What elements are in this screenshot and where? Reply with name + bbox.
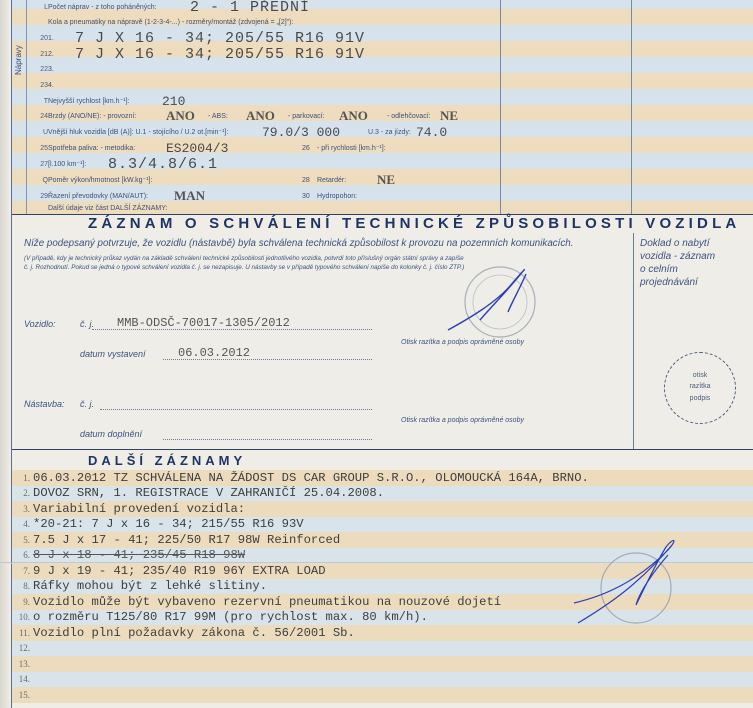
records-section-title: DALŠÍ ZÁZNAMY	[88, 453, 246, 468]
official-stamp-signature	[440, 268, 550, 348]
approval-statement: Níže podepsaný potvrzuje, že vozidlu (ná…	[24, 238, 573, 249]
relief-brake-value: NE	[440, 108, 458, 124]
noise-row: U Vnější hluk vozidla [dB (A)]: U.1 - st…	[12, 124, 612, 140]
record-text: DOVOZ SRN, 1. REGISTRACE V ZAHRANIČÍ 25.…	[33, 486, 384, 500]
column-divider	[631, 0, 632, 214]
consumption-row: 27 [l.100 km⁻¹]: 8.3/4.8/6.1	[12, 156, 612, 172]
vehicle-ref-value: MMB-ODSČ-70017-1305/2012	[117, 316, 290, 330]
technical-data-section: Nápravy L Počet náprav - z toho poháněný…	[12, 0, 753, 214]
record-number: 11.	[12, 628, 30, 638]
more-info-row: Další údaje viz část DALŠÍ ZÁZNAMY:	[12, 202, 612, 214]
approval-note-line-2: č. j. Rozhodnutí. Pokud se jedná o typov…	[24, 264, 464, 271]
stationary-noise-value: 79.0/3 000	[262, 125, 340, 140]
record-number: 14.	[12, 674, 30, 684]
body-ref-label: č. j.	[80, 399, 94, 409]
customs-title-4: projednávání	[640, 277, 698, 288]
record-row: 14.	[12, 672, 753, 688]
customs-title-2: vozidla - záznam	[640, 251, 715, 262]
record-number: 4.	[12, 519, 30, 529]
record-row: 15.	[12, 687, 753, 703]
abs-value: ANO	[246, 108, 275, 124]
service-brake-value: ANO	[166, 108, 195, 124]
approval-divider	[633, 233, 634, 449]
issued-date-value: 06.03.2012	[178, 346, 250, 360]
vehicle-label: Vozidlo:	[24, 319, 56, 329]
max-speed-value: 210	[162, 94, 185, 109]
record-text: Vozidlo plní požadavky zákona č. 56/2001…	[33, 626, 355, 640]
body-label: Nástavba:	[24, 399, 65, 409]
power-weight-row: Q Poměr výkon/hmotnost [kW.kg⁻¹]: 28 Ret…	[12, 172, 612, 188]
record-row: 3.Variabilní provedení vozidla:	[12, 501, 753, 517]
completed-date-label: datum doplnění	[80, 429, 142, 439]
record-row: 13.	[12, 656, 753, 672]
wheels-header-row: Kola a pneumatiky na nápravě (1-2-3-4-..…	[12, 14, 612, 30]
record-number: 7.	[12, 566, 30, 576]
fuel-method-row: 25 Spotřeba paliva: - metodika: ES2004/3…	[12, 140, 612, 156]
official-stamp-signature-records	[568, 535, 708, 645]
fuel-method-value: ES2004/3	[166, 141, 228, 156]
record-number: 13.	[12, 659, 30, 669]
record-row: 2.DOVOZ SRN, 1. REGISTRACE V ZAHRANIČÍ 2…	[12, 486, 753, 502]
issued-date-label: datum vystavení	[80, 349, 146, 359]
record-text: o rozměru T125/80 R17 99M (pro rychlost …	[33, 610, 428, 624]
record-number: 10.	[12, 612, 30, 622]
record-text: 7.5 J x 17 - 41; 225/50 R17 98W Reinforc…	[33, 533, 340, 547]
record-text: 9 J x 19 - 41; 235/40 R19 96Y EXTRA LOAD	[33, 564, 326, 578]
retarder-value: NE	[377, 172, 395, 188]
record-number: 1.	[12, 473, 30, 483]
record-row: 4.*20-21: 7 J x 16 - 34; 215/55 R16 93V	[12, 517, 753, 533]
body-stamp-caption: Otisk razítka a podpis oprávněné osoby	[401, 417, 524, 424]
record-text: 06.03.2012 TZ SCHVÁLENA NA ŽÁDOST DS CAR…	[33, 471, 589, 485]
axle-1-row: 20 1. 7 J X 16 - 34; 205/55 R16 91V	[12, 30, 612, 46]
record-text: *20-21: 7 J x 16 - 34; 215/55 R16 93V	[33, 517, 304, 531]
parking-brake-value: ANO	[339, 108, 368, 124]
customs-title-1: Doklad o nabytí	[640, 238, 710, 249]
consumption-value: 8.3/4.8/6.1	[108, 156, 218, 173]
record-number: 15.	[12, 690, 30, 700]
driving-noise-value: 74.0	[416, 125, 447, 140]
record-number: 2.	[12, 488, 30, 498]
axle-4-row: 23 4.	[12, 77, 612, 93]
record-text: 8 J x 18 - 41; 235/45 R18 98W	[33, 548, 245, 562]
record-row: 1.06.03.2012 TZ SCHVÁLENA NA ŽÁDOST DS C…	[12, 470, 753, 486]
customs-title-3: o celním	[640, 264, 678, 275]
vehicle-registration-document: Nápravy L Počet náprav - z toho poháněný…	[0, 0, 753, 708]
record-number: 5.	[12, 535, 30, 545]
brakes-row: 24 Brzdy (ANO/NE): - provozní: ANO - ABS…	[12, 108, 612, 124]
page-edge	[0, 0, 10, 708]
axle-2-row: 21 2. 7 J X 16 - 34; 205/55 R16 91V	[12, 46, 612, 62]
record-number: 12.	[12, 643, 30, 653]
record-text: Variabilní provedení vozidla:	[33, 502, 245, 516]
approval-note-line-1: (V případě, kdy je technický průkaz vydá…	[24, 255, 464, 262]
axle-3-row: 22 3.	[12, 61, 612, 77]
axle-1-tyres: 7 J X 16 - 34; 205/55 R16 91V	[75, 30, 365, 47]
record-text: Vozidlo může být vybaveno rezervní pneum…	[33, 595, 501, 609]
max-speed-row: T Nejvyšší rychlost [km.h⁻¹]: 210	[12, 93, 612, 109]
record-number: 9.	[12, 597, 30, 607]
approval-section-title: ZÁZNAM O SCHVÁLENÍ TECHNICKÉ ZPŮSOBILOST…	[88, 215, 740, 232]
record-text: Ráfky mohou být z lehké slitiny.	[33, 579, 267, 593]
vehicle-ref-label: č. j.	[80, 319, 94, 329]
axle-2-tyres: 7 J X 16 - 34; 205/55 R16 91V	[75, 46, 365, 63]
section-divider	[12, 449, 753, 450]
record-number: 6.	[12, 550, 30, 560]
axles-count-row: L Počet náprav - z toho poháněných: 2 - …	[12, 0, 612, 15]
record-number: 8.	[12, 581, 30, 591]
record-number: 3.	[12, 504, 30, 514]
